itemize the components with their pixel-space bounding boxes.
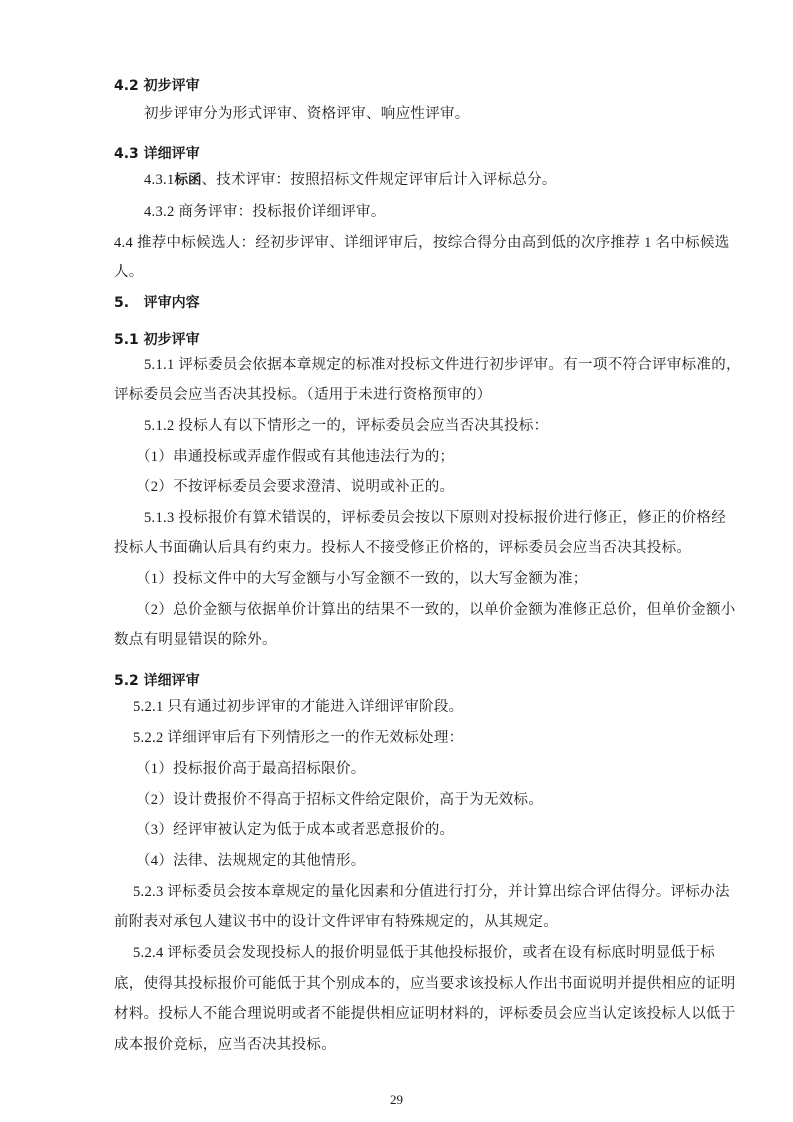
paragraph-5-2-4-line2: 底，使得其投标报价可能低于其个别成本的，应当要求该投标人作出书面说明并提供相应的… xyxy=(114,974,699,994)
list-item-5-1-3-1: （1）投标文件中的大写金额与小写金额不一致的，以大写金额为准； xyxy=(136,569,588,589)
bold-term: 标函 xyxy=(175,172,202,188)
heading-4-2: 4.2 初步评审 xyxy=(114,76,200,96)
paragraph-4-4-line2: 人。 xyxy=(114,262,144,282)
heading-5: 5. 评审内容 xyxy=(114,293,200,313)
list-item-5-2-2-4: （4）法律、法规规定的其他情形。 xyxy=(136,851,366,871)
heading-5-2: 5.2 详细评审 xyxy=(114,671,200,691)
list-item-5-1-2-1: （1）串通投标或弄虚作假或有其他违法行为的； xyxy=(136,447,454,467)
paragraph-5-2-2: 5.2.2 详细评审后有下列情形之一的作无效标处理： xyxy=(133,728,463,748)
paragraph-4-3-1: 4.3.1标函、技术评审：按照招标文件规定评审后计入评标总分。 xyxy=(144,170,557,190)
paragraph-4-2: 初步评审分为形式评审、资格评审、响应性评审。 xyxy=(144,104,470,124)
list-item-5-1-3-2-line2: 数点有明显错误的除外。 xyxy=(114,630,277,650)
paragraph-4-3-2: 4.3.2 商务评审：投标报价详细评审。 xyxy=(144,202,386,222)
paragraph-5-1-3-line1: 5.1.3 投标报价有算术错误的，评标委员会按以下原则对投标报价进行修正，修正的… xyxy=(114,508,699,528)
paragraph-4-4-line1: 4.4 推荐中标候选人：经初步评审、详细评审后，按综合得分由高到低的次序推荐 1… xyxy=(114,233,699,253)
paragraph-5-2-4-line4: 成本报价竞标，应当否决其投标。 xyxy=(114,1035,336,1055)
paragraph-5-1-1-line2: 评标委员会应当否决其投标。（适用于未进行资格预审的） xyxy=(114,385,492,405)
paragraph-5-2-4-line1: 5.2.4 评标委员会发现投标人的报价明显低于其他投标报价，或者在设有标底时明显… xyxy=(114,943,699,963)
paragraph-5-2-3-line2: 前附表对承包人建议书中的设计文件评审有特殊规定的，从其规定。 xyxy=(114,912,558,932)
list-item-5-2-2-3: （3）经评审被认定为低于成本或者恶意报价的。 xyxy=(136,820,454,840)
heading-4-3: 4.3 详细评审 xyxy=(114,144,200,164)
paragraph-5-2-4-line3: 材料。投标人不能合理说明或者不能提供相应证明材料的，评标委员会应当认定该投标人以… xyxy=(114,1004,699,1024)
list-item-5-1-2-2: （2）不按评标委员会要求澄清、说明或补正的。 xyxy=(136,477,454,497)
list-item-5-2-2-2: （2）设计费报价不得高于招标文件给定限价，高于为无效标。 xyxy=(136,790,543,810)
paragraph-5-1-1-line1: 5.1.1 评标委员会依据本章规定的标准对投标文件进行初步评审。有一项不符合评审… xyxy=(114,355,699,375)
paragraph-5-2-1: 5.2.1 只有通过初步评审的才能进入详细评审阶段。 xyxy=(133,697,463,717)
paragraph-5-1-3-line2: 投标人书面确认后具有约束力。投标人不接受修正价格的，评标委员会应当否决其投标。 xyxy=(114,538,691,558)
page-number: 29 xyxy=(0,1092,793,1108)
list-item-5-1-3-2-line1: （2）总价金额与依据单价计算出的结果不一致的，以单价金额为准修正总价，但单价金额… xyxy=(114,600,699,620)
paragraph-5-1-2: 5.1.2 投标人有以下情形之一的，评标委员会应当否决其投标： xyxy=(144,416,548,436)
item-number: 4.3.1 xyxy=(144,172,175,188)
document-page: 4.2 初步评审 初步评审分为形式评审、资格评审、响应性评审。 4.3 详细评审… xyxy=(0,0,793,1122)
paragraph-5-2-3-line1: 5.2.3 评标委员会按本章规定的量化因素和分值进行打分，并计算出综合评估得分。… xyxy=(114,882,699,902)
item-text: 、技术评审：按照招标文件规定评审后计入评标总分。 xyxy=(202,172,557,188)
heading-5-1: 5.1 初步评审 xyxy=(114,330,200,350)
list-item-5-2-2-1: （1）投标报价高于最高招标限价。 xyxy=(136,759,366,779)
